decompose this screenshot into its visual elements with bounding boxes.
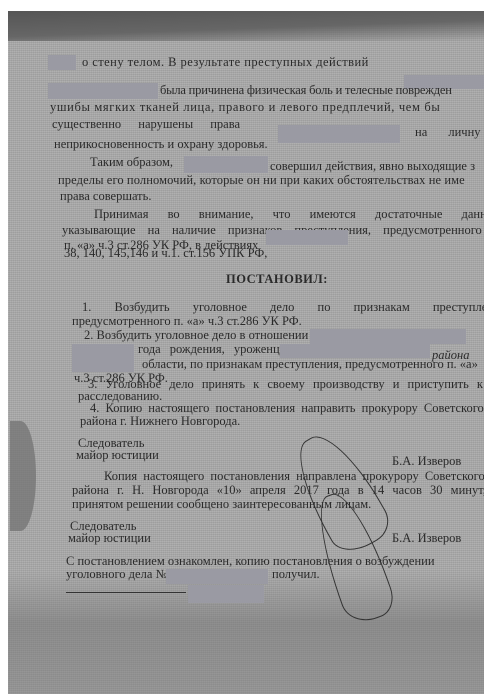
redaction-box (280, 344, 430, 358)
item2-line2: года рождения, уроженца (138, 342, 285, 358)
paragraph1-line4b: на личну (415, 125, 481, 141)
paragraph1-line2: была причинена физическая боль и телесны… (160, 83, 452, 99)
item4-line2: района г. Нижнего Новгорода. (80, 414, 240, 430)
paragraph3-line4: 38, 140, 145,146 и ч.1. ст.156 УПК РФ, (64, 246, 267, 262)
paragraph1-line3: ушибы мягких тканей лица, правого и лево… (50, 100, 440, 116)
redaction-box (184, 156, 268, 173)
acknowledgement-line2a: уголовного дела № (66, 567, 167, 583)
paragraph3-line1: Принимая во внимание, что имеются достат… (94, 207, 484, 223)
acknowledgement-line2b: получил. (272, 567, 320, 583)
resolution-heading: ПОСТАНОВИЛ: (226, 272, 328, 288)
signature2-name: Б.А. Изверов (392, 531, 461, 547)
redaction-box (48, 55, 76, 70)
paragraph2-line2: пределы его полномочий, которые он ни пр… (58, 173, 465, 189)
paragraph2-line3: права совершать. (60, 189, 151, 205)
item2-line3b: области, по признакам преступления, пред… (142, 357, 478, 373)
redaction-box (266, 230, 348, 245)
signature2-title2: майор юстиции (68, 531, 151, 547)
scan-artifact (10, 421, 36, 531)
redaction-box (278, 125, 400, 143)
redaction-box (310, 329, 466, 344)
paragraph1-line4a: существенно нарушены права (52, 117, 240, 133)
paragraph2-line1a: Таким образом, (90, 155, 173, 171)
redaction-box (188, 585, 264, 603)
scanned-document-page: о стену телом. В результате преступных д… (8, 11, 484, 694)
redaction-box (72, 344, 134, 372)
signature1-name: Б.А. Изверов (392, 454, 461, 470)
scan-shadow-band (8, 11, 484, 41)
signature-line (66, 592, 186, 593)
redaction-box (48, 83, 158, 99)
redaction-box (166, 569, 268, 584)
paragraph1-line1: о стену телом. В результате преступных д… (82, 55, 369, 71)
paragraph1-line5: неприкосновенность и охрану здоровья. (54, 137, 268, 153)
signature1-title2: майор юстиции (76, 448, 159, 464)
